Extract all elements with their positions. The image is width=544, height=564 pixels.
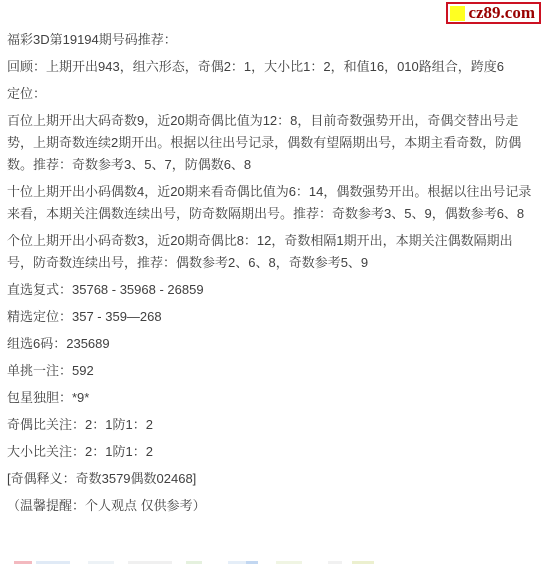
single-bet-line: 单挑一注：592 [7, 360, 536, 382]
tens-analysis: 十位上期开出小码偶数4，近20期来看奇偶比值为6：14，偶数强势开出。根据以往出… [7, 181, 536, 225]
review-line: 回顾：上期开出943，组六形态，奇偶2：1，大小比1：2，和值16，010路组合… [7, 56, 536, 78]
hundreds-analysis: 百位上期开出大码奇数9，近20期奇偶比值为12：8，目前奇数强势开出，奇偶交替出… [7, 110, 536, 176]
article-body: 福彩3D第19194期号码推荐： 回顾：上期开出943，组六形态，奇偶2：1，大… [0, 0, 544, 522]
article-page: cz89.com 福彩3D第19194期号码推荐： 回顾：上期开出943，组六形… [0, 0, 544, 564]
big-small-focus-line: 大小比关注：2：1防1：2 [7, 441, 536, 463]
positioning-heading: 定位： [7, 83, 536, 105]
disclaimer-line: （温馨提醒：个人观点 仅供参考） [7, 495, 536, 517]
odd-even-note-line: [奇偶释义：奇数3579偶数02468] [7, 468, 536, 490]
cutoff-link-row [0, 560, 544, 564]
post-title: 福彩3D第19194期号码推荐： [7, 29, 536, 51]
group-pick-6-line: 组选6码：235689 [7, 333, 536, 355]
refined-position-line: 精选定位：357 - 359—268 [7, 306, 536, 328]
units-analysis: 个位上期开出小码奇数3，近20期奇偶比8：12，奇数相隔1期开出，本期关注偶数隔… [7, 230, 536, 274]
bold-single-dan-line: 包星独胆：*9* [7, 387, 536, 409]
direct-compound-line: 直选复式：35768 - 35968 - 26859 [7, 279, 536, 301]
odd-even-focus-line: 奇偶比关注：2：1防1：2 [7, 414, 536, 436]
